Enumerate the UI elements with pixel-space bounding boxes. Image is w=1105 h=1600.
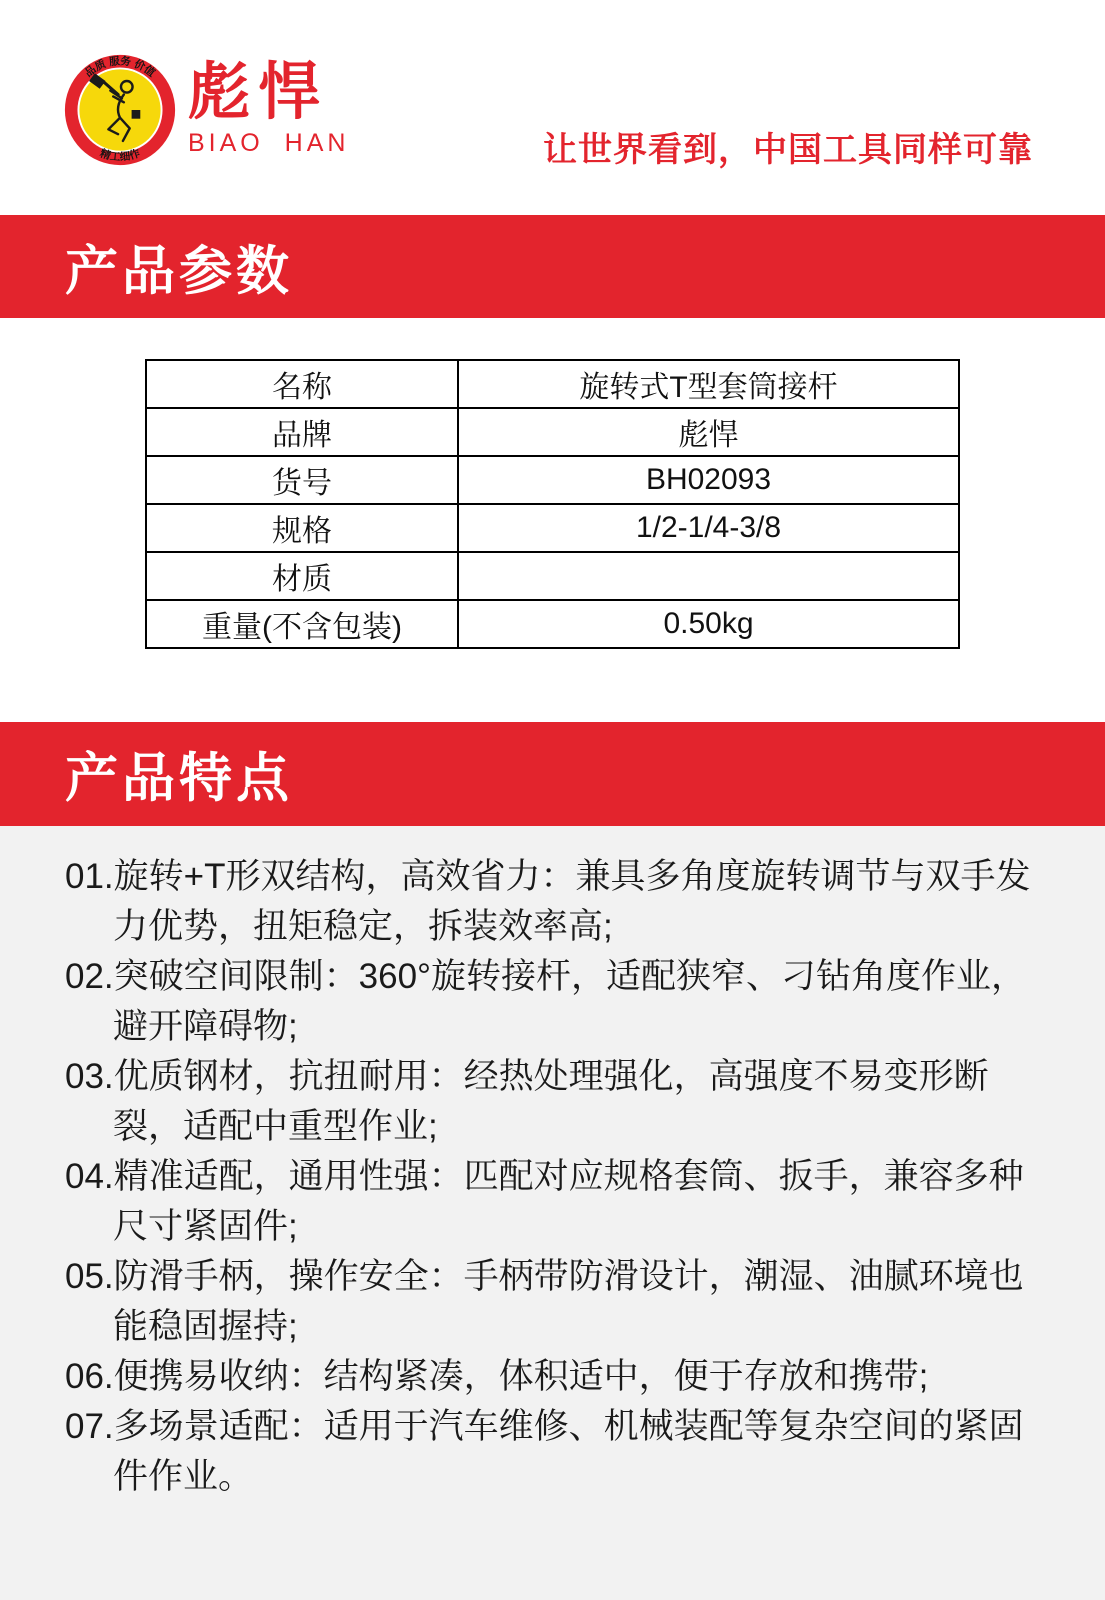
spec-label-cell: 名称 bbox=[146, 360, 458, 408]
feature-number: 04. bbox=[65, 1157, 114, 1196]
feature-text: 优质钢材，抗扭耐用：经热处理强化，高强度不易变形断裂，适配中重型作业; bbox=[113, 1057, 989, 1146]
table-row: 材质 bbox=[146, 552, 959, 600]
feature-number: 02. bbox=[65, 957, 114, 996]
feature-number: 01. bbox=[65, 857, 114, 896]
feature-text: 多场景适配：适用于汽车维修、机械装配等复杂空间的紧固件作业。 bbox=[113, 1407, 1024, 1496]
table-row: 重量(不含包装) 0.50kg bbox=[146, 600, 959, 648]
features-banner: 产品特点 bbox=[0, 722, 1105, 826]
brand-name-en: BIAO HAN bbox=[188, 129, 349, 158]
list-item: 02.突破空间限制：360°旋转接杆，适配狭窄、刁钻角度作业，避开障碍物; bbox=[65, 952, 1043, 1052]
list-item: 05.防滑手柄，操作安全：手柄带防滑设计，潮湿、油腻环境也能稳固握持; bbox=[65, 1252, 1043, 1352]
spec-value-cell: BH02093 bbox=[458, 456, 959, 504]
brand-slogan: 让世界看到，中国工具同样可靠 bbox=[543, 122, 1033, 171]
params-section: 名称 旋转式T型套筒接杆 品牌 彪悍 货号 BH02093 规格 1/2-1/4… bbox=[0, 318, 1105, 722]
features-title: 产品特点 bbox=[65, 736, 293, 812]
brand-name-cn: 彪悍 bbox=[188, 62, 349, 125]
brand-logo: 品质 服务 价值 精工细作 彪悍 BIAO HAN bbox=[62, 52, 349, 168]
features-list: 01.旋转+T形双结构，高效省力：兼具多角度旋转调节与双手发力优势，扭矩稳定，拆… bbox=[65, 852, 1043, 1502]
params-title: 产品参数 bbox=[65, 229, 293, 305]
list-item: 06.便携易收纳：结构紧凑，体积适中，便于存放和携带; bbox=[65, 1352, 1043, 1402]
spec-value-cell: 旋转式T型套筒接杆 bbox=[458, 360, 959, 408]
brand-seal-icon: 品质 服务 价值 精工细作 bbox=[62, 52, 178, 168]
spec-value-cell bbox=[458, 552, 959, 600]
spec-value-cell: 0.50kg bbox=[458, 600, 959, 648]
feature-number: 07. bbox=[65, 1407, 114, 1446]
table-row: 品牌 彪悍 bbox=[146, 408, 959, 456]
spec-label-cell: 品牌 bbox=[146, 408, 458, 456]
product-detail-page: 品质 服务 价值 精工细作 彪悍 BIAO HAN bbox=[0, 0, 1105, 1600]
spec-table: 名称 旋转式T型套筒接杆 品牌 彪悍 货号 BH02093 规格 1/2-1/4… bbox=[145, 359, 960, 649]
list-item: 01.旋转+T形双结构，高效省力：兼具多角度旋转调节与双手发力优势，扭矩稳定，拆… bbox=[65, 852, 1043, 952]
list-item: 03.优质钢材，抗扭耐用：经热处理强化，高强度不易变形断裂，适配中重型作业; bbox=[65, 1052, 1043, 1152]
table-row: 货号 BH02093 bbox=[146, 456, 959, 504]
feature-text: 突破空间限制：360°旋转接杆，适配狭窄、刁钻角度作业，避开障碍物; bbox=[113, 957, 1026, 1046]
list-item: 07.多场景适配：适用于汽车维修、机械装配等复杂空间的紧固件作业。 bbox=[65, 1402, 1043, 1502]
spec-label-cell: 材质 bbox=[146, 552, 458, 600]
feature-text: 防滑手柄，操作安全：手柄带防滑设计，潮湿、油腻环境也能稳固握持; bbox=[113, 1257, 1024, 1346]
params-banner: 产品参数 bbox=[0, 215, 1105, 318]
feature-number: 03. bbox=[65, 1057, 114, 1096]
table-row: 规格 1/2-1/4-3/8 bbox=[146, 504, 959, 552]
feature-text: 便携易收纳：结构紧凑，体积适中，便于存放和携带; bbox=[114, 1357, 929, 1396]
spec-label-cell: 货号 bbox=[146, 456, 458, 504]
header: 品质 服务 价值 精工细作 彪悍 BIAO HAN bbox=[0, 0, 1105, 215]
spec-label-cell: 规格 bbox=[146, 504, 458, 552]
spec-value-cell: 彪悍 bbox=[458, 408, 959, 456]
list-item: 04.精准适配，通用性强：匹配对应规格套筒、扳手，兼容多种尺寸紧固件; bbox=[65, 1152, 1043, 1252]
feature-number: 06. bbox=[65, 1357, 114, 1396]
spec-label-cell: 重量(不含包装) bbox=[146, 600, 458, 648]
spec-value-cell: 1/2-1/4-3/8 bbox=[458, 504, 959, 552]
feature-text: 精准适配，通用性强：匹配对应规格套筒、扳手，兼容多种尺寸紧固件; bbox=[113, 1157, 1024, 1246]
feature-text: 旋转+T形双结构，高效省力：兼具多角度旋转调节与双手发力优势，扭矩稳定，拆装效率… bbox=[113, 857, 1030, 946]
feature-number: 05. bbox=[65, 1257, 114, 1296]
table-row: 名称 旋转式T型套筒接杆 bbox=[146, 360, 959, 408]
brand-text: 彪悍 BIAO HAN bbox=[188, 62, 349, 158]
features-section: 01.旋转+T形双结构，高效省力：兼具多角度旋转调节与双手发力优势，扭矩稳定，拆… bbox=[0, 826, 1105, 1600]
